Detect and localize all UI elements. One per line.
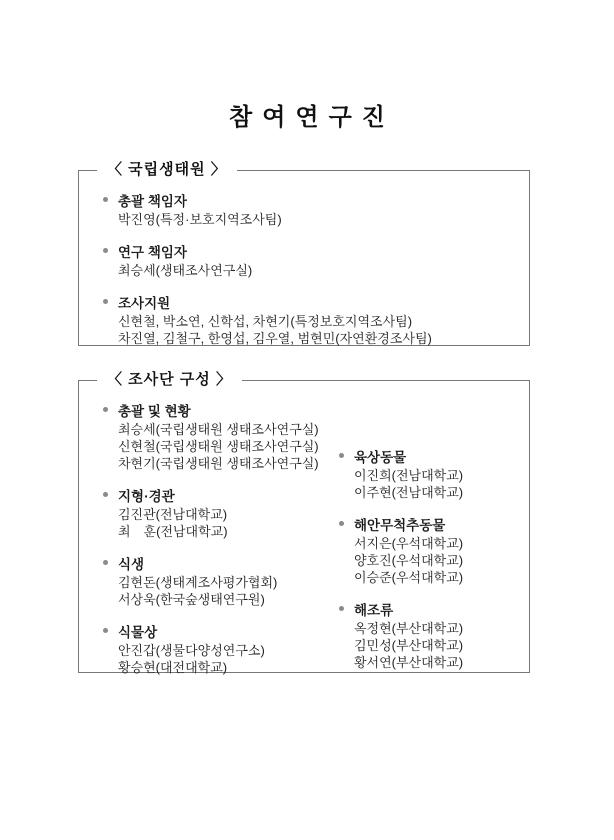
member-line: 안진갑(생물다양성연구소) bbox=[118, 642, 339, 659]
page-title: 참여연구진 bbox=[0, 97, 614, 132]
group-coastal-invertebrates: 해안무척추동물 서지은(우석대학교) 양호진(우석대학교) 이승준(우석대학교) bbox=[339, 512, 519, 586]
member-line: 최 훈(전남대학교) bbox=[118, 523, 339, 540]
member-line: 황승현(대전대학교) bbox=[118, 659, 339, 676]
group-vegetation: 식생 김현돈(생태계조사평가협회) 서상욱(한국숲생태연구원) bbox=[103, 551, 339, 608]
team-right-column: 육상동물 이진희(전남대학교) 이주현(전남대학교) 해안무척추동물 서지은(우… bbox=[339, 444, 519, 687]
group-label: 총괄 책임자 bbox=[118, 190, 187, 210]
group-label: 총괄 및 현황 bbox=[118, 400, 191, 420]
group-header: 총괄 책임자 bbox=[103, 188, 519, 211]
member-line: 김민성(부산대학교) bbox=[354, 637, 519, 654]
group-header: 식생 bbox=[103, 551, 339, 574]
group-header: 지형·경관 bbox=[103, 483, 339, 506]
member-line: 박진영(특정·보호지역조사팀) bbox=[118, 211, 519, 228]
group-overall-manager: 총괄 책임자 박진영(특정·보호지역조사팀) bbox=[103, 188, 519, 228]
bullet-icon bbox=[339, 453, 344, 458]
section-nie-content: 총괄 책임자 박진영(특정·보호지역조사팀) 연구 책임자 최승세(생태조사연구… bbox=[79, 171, 529, 347]
section-nie-heading: 〈 국립생태원 〉 bbox=[97, 160, 237, 180]
section-team-content: 총괄 및 현황 최승세(국립생태원 생태조사연구실) 신현철(국립생태원 생태조… bbox=[79, 381, 529, 687]
member-line: 차현기(국립생태원 생태조사연구실) bbox=[118, 455, 339, 472]
group-header: 식물상 bbox=[103, 619, 339, 642]
group-header: 육상동물 bbox=[339, 444, 519, 467]
group-label: 조사지원 bbox=[118, 292, 170, 312]
group-header: 해조류 bbox=[339, 597, 519, 620]
bullet-icon bbox=[103, 492, 108, 497]
member-line: 옥정현(부산대학교) bbox=[354, 620, 519, 637]
section-team-heading: 〈 조사단 구성 〉 bbox=[97, 370, 242, 390]
group-label: 식물상 bbox=[118, 621, 157, 641]
group-topography-landscape: 지형·경관 김진관(전남대학교) 최 훈(전남대학교) bbox=[103, 483, 339, 540]
group-survey-support: 조사지원 신현철, 박소연, 신학섭, 차현기(특정보호지역조사팀) 차진열, … bbox=[103, 290, 519, 347]
bullet-icon bbox=[103, 560, 108, 565]
group-seaweed: 해조류 옥정현(부산대학교) 김민성(부산대학교) 황서연(부산대학교) bbox=[339, 597, 519, 671]
group-label: 해안무척추동물 bbox=[354, 514, 445, 534]
group-label: 식생 bbox=[118, 553, 144, 573]
bullet-icon bbox=[339, 521, 344, 526]
group-terrestrial-animals: 육상동물 이진희(전남대학교) 이주현(전남대학교) bbox=[339, 444, 519, 501]
member-line: 신현철, 박소연, 신학섭, 차현기(특정보호지역조사팀) bbox=[118, 313, 519, 330]
group-header: 해안무척추동물 bbox=[339, 512, 519, 535]
member-line: 황서연(부산대학교) bbox=[354, 654, 519, 671]
member-line: 서상욱(한국숲생태연구원) bbox=[118, 591, 339, 608]
bullet-icon bbox=[103, 628, 108, 633]
group-header: 연구 책임자 bbox=[103, 239, 519, 262]
member-line: 김현돈(생태계조사평가협회) bbox=[118, 574, 339, 591]
group-overview-status: 총괄 및 현황 최승세(국립생태원 생태조사연구실) 신현철(국립생태원 생태조… bbox=[103, 398, 339, 472]
member-line: 이승준(우석대학교) bbox=[354, 569, 519, 586]
member-line: 최승세(생태조사연구실) bbox=[118, 262, 519, 279]
group-label: 연구 책임자 bbox=[118, 241, 187, 261]
member-line: 김진관(전남대학교) bbox=[118, 506, 339, 523]
group-flora: 식물상 안진갑(생물다양성연구소) 황승현(대전대학교) bbox=[103, 619, 339, 676]
section-nie-box: 〈 국립생태원 〉 총괄 책임자 박진영(특정·보호지역조사팀) 연구 책임자 … bbox=[78, 170, 530, 346]
team-left-column: 총괄 및 현황 최승세(국립생태원 생태조사연구실) 신현철(국립생태원 생태조… bbox=[103, 398, 339, 687]
bullet-icon bbox=[103, 407, 108, 412]
section-team-box: 〈 조사단 구성 〉 총괄 및 현황 최승세(국립생태원 생태조사연구실) 신현… bbox=[78, 380, 530, 673]
group-label: 해조류 bbox=[354, 599, 393, 619]
member-line: 양호진(우석대학교) bbox=[354, 552, 519, 569]
group-header: 조사지원 bbox=[103, 290, 519, 313]
member-line: 이주현(전남대학교) bbox=[354, 484, 519, 501]
group-label: 육상동물 bbox=[354, 446, 406, 466]
member-line: 차진열, 김철구, 한영섭, 김우열, 범현민(자연환경조사팀) bbox=[118, 330, 519, 347]
group-header: 총괄 및 현황 bbox=[103, 398, 339, 421]
member-line: 신현철(국립생태원 생태조사연구실) bbox=[118, 438, 339, 455]
bullet-icon bbox=[103, 248, 108, 253]
member-line: 최승세(국립생태원 생태조사연구실) bbox=[118, 421, 339, 438]
bullet-icon bbox=[103, 197, 108, 202]
group-research-manager: 연구 책임자 최승세(생태조사연구실) bbox=[103, 239, 519, 279]
member-line: 서지은(우석대학교) bbox=[354, 535, 519, 552]
group-label: 지형·경관 bbox=[118, 485, 175, 505]
bullet-icon bbox=[103, 299, 108, 304]
member-line: 이진희(전남대학교) bbox=[354, 467, 519, 484]
bullet-icon bbox=[339, 606, 344, 611]
